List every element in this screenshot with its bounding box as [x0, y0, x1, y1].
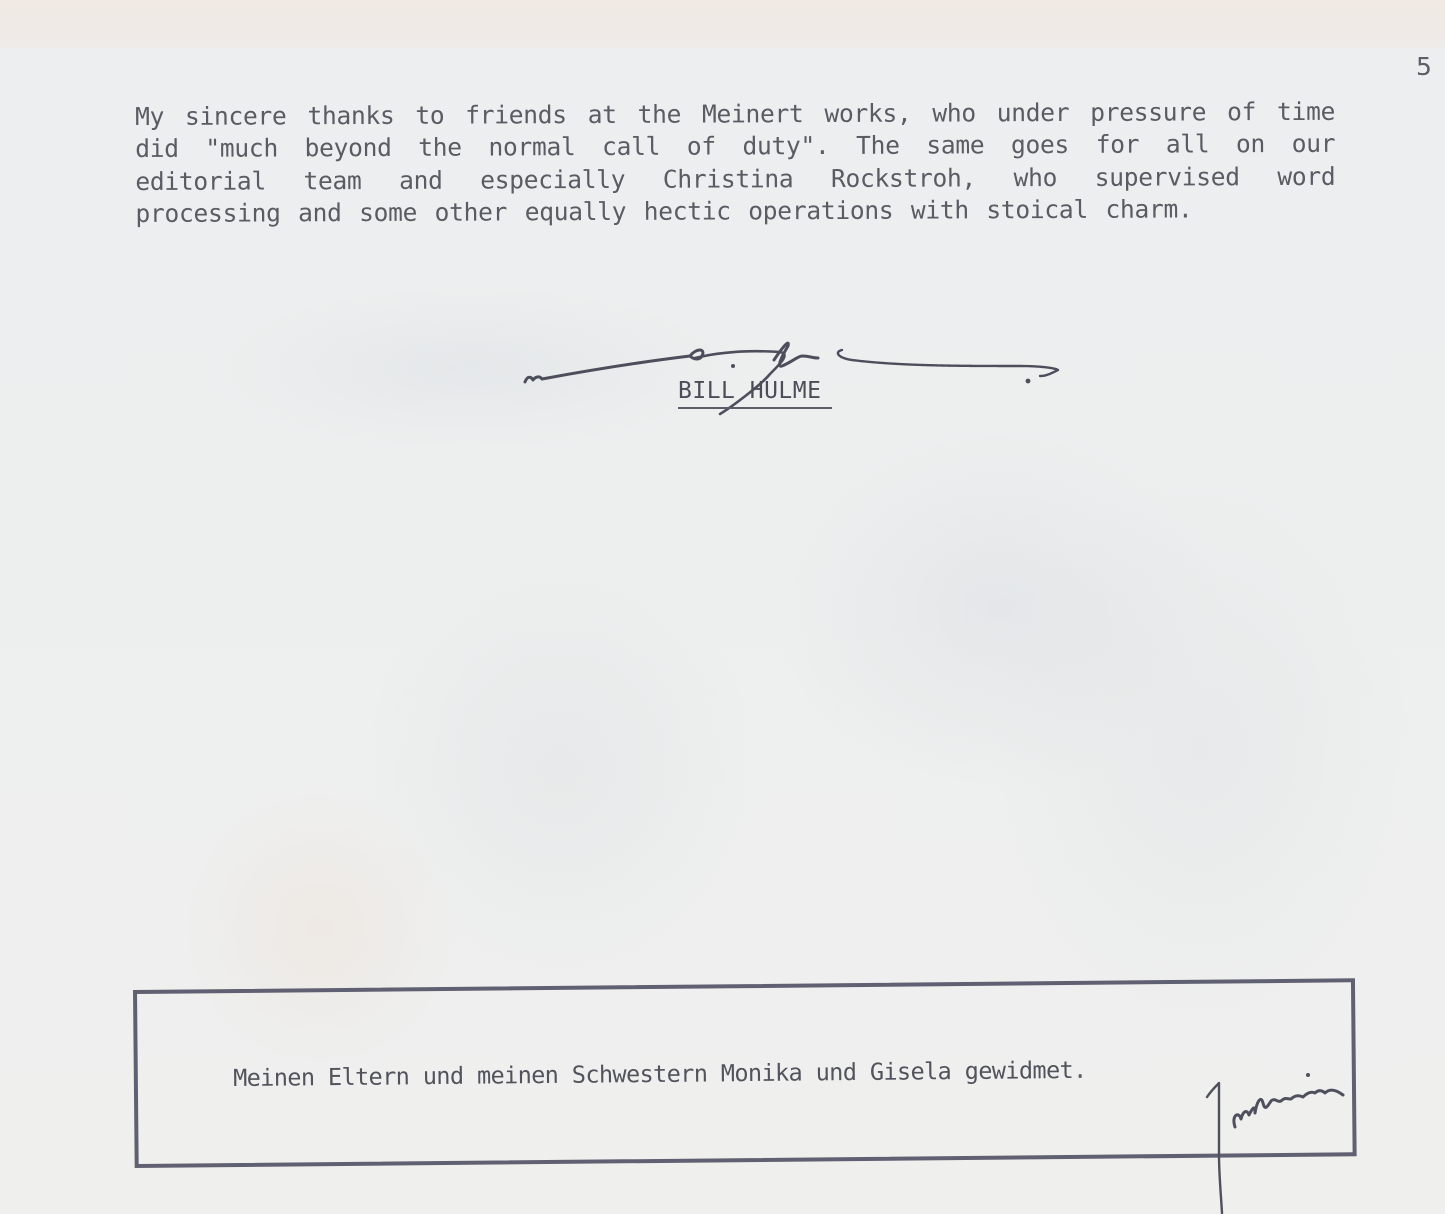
signer-name: BILL HULME	[678, 378, 832, 409]
page-number: 5	[1416, 52, 1432, 81]
signature-block: BILL HULME	[520, 330, 1080, 420]
dedication-signature-icon	[1195, 1055, 1355, 1214]
paper-edge	[0, 0, 1445, 48]
acknowledgement-paragraph: My sincere thanks to friends at the Mein…	[135, 96, 1336, 230]
